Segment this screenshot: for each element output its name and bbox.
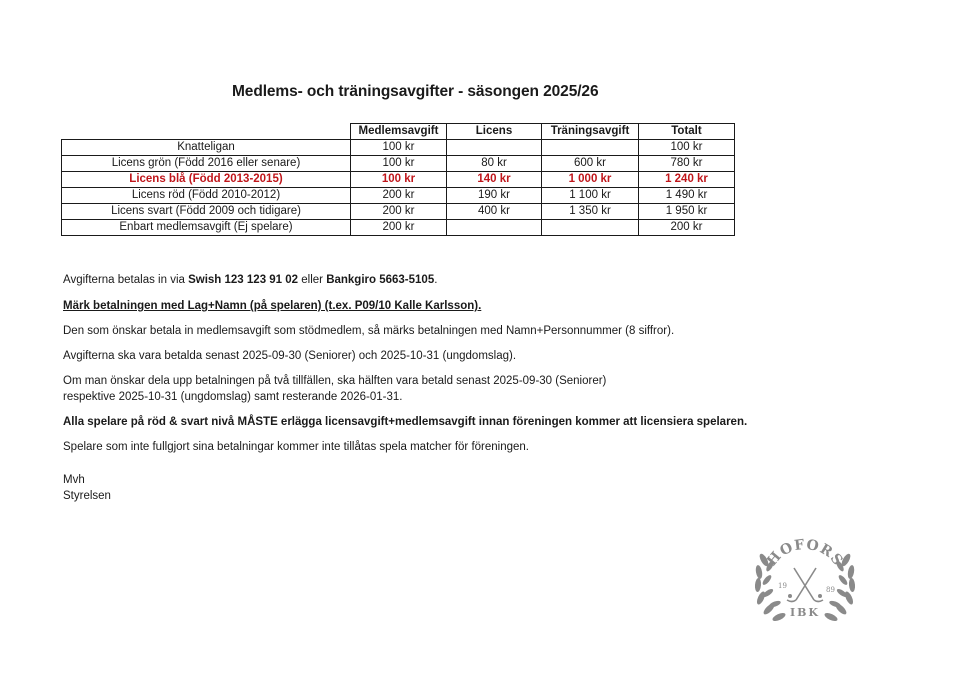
payment-middle: eller [298, 274, 326, 286]
totalt-cell: 1 950 kr [639, 204, 735, 220]
payment-info: Avgifterna betalas in via Swish 123 123 … [63, 272, 437, 288]
svg-text:89: 89 [826, 586, 835, 594]
category-cell: Knatteligan [62, 140, 351, 156]
header-medlemsavgift: Medlemsavgift [351, 124, 447, 140]
medlemsavgift-cell: 200 kr [351, 220, 447, 236]
traningsavgift-cell: 1 000 kr [542, 172, 639, 188]
licens-cell: 400 kr [447, 204, 542, 220]
totalt-cell: 200 kr [639, 220, 735, 236]
payment-suffix: . [434, 274, 437, 286]
category-cell: Licens grön (Född 2016 eller senare) [62, 156, 351, 172]
licens-cell [447, 220, 542, 236]
table-row: Knatteligan100 kr100 kr [62, 140, 735, 156]
medlemsavgift-cell: 200 kr [351, 204, 447, 220]
split-payment-line2: respektive 2025-10-31 (ungdomslag) samt … [63, 389, 402, 405]
totalt-cell: 1 490 kr [639, 188, 735, 204]
svg-text:IBK: IBK [790, 606, 820, 619]
header-traningsavgift: Träningsavgift [542, 124, 639, 140]
match-eligibility-info: Spelare som inte fullgjort sina betalnin… [63, 439, 529, 455]
totalt-cell: 780 kr [639, 156, 735, 172]
licens-cell: 190 kr [447, 188, 542, 204]
traningsavgift-cell: 1 350 kr [542, 204, 639, 220]
medlemsavgift-cell: 100 kr [351, 172, 447, 188]
traningsavgift-cell: 600 kr [542, 156, 639, 172]
marking-instruction: Märk betalningen med Lag+Namn (på spelar… [63, 298, 481, 314]
traningsavgift-cell: 1 100 kr [542, 188, 639, 204]
swish-number: Swish 123 123 91 02 [188, 274, 298, 286]
table-row: Licens svart (Född 2009 och tidigare)200… [62, 204, 735, 220]
header-empty [62, 124, 351, 140]
header-totalt: Totalt [639, 124, 735, 140]
traningsavgift-cell [542, 220, 639, 236]
svg-text:19: 19 [778, 582, 787, 590]
licens-cell: 80 kr [447, 156, 542, 172]
category-cell: Licens blå (Född 2013-2015) [62, 172, 351, 188]
split-payment-line1: Om man önskar dela upp betalningen på tv… [63, 373, 606, 389]
table-row: Enbart medlemsavgift (Ej spelare)200 kr2… [62, 220, 735, 236]
table-row: Licens grön (Född 2016 eller senare)100 … [62, 156, 735, 172]
licens-cell: 140 kr [447, 172, 542, 188]
header-licens: Licens [447, 124, 542, 140]
category-cell: Licens svart (Född 2009 och tidigare) [62, 204, 351, 220]
table-row: Licens blå (Född 2013-2015)100 kr140 kr1… [62, 172, 735, 188]
club-logo-icon: HOFORS 19 89 IBK [750, 530, 860, 630]
license-requirement: Alla spelare på röd & svart nivå MÅSTE e… [63, 414, 747, 430]
fee-table-header: Medlemsavgift Licens Träningsavgift Tota… [62, 124, 735, 140]
medlemsavgift-cell: 100 kr [351, 156, 447, 172]
greeting: Mvh [63, 472, 85, 488]
bankgiro-number: Bankgiro 5663-5105 [326, 274, 434, 286]
totalt-cell: 100 kr [639, 140, 735, 156]
deadline-info: Avgifterna ska vara betalda senast 2025-… [63, 348, 516, 364]
svg-text:HOFORS: HOFORS [764, 537, 846, 569]
totalt-cell: 1 240 kr [639, 172, 735, 188]
support-member-info: Den som önskar betala in medlemsavgift s… [63, 323, 674, 339]
category-cell: Licens röd (Född 2010-2012) [62, 188, 351, 204]
page-title: Medlems- och träningsavgifter - säsongen… [232, 83, 598, 101]
licens-cell [447, 140, 542, 156]
medlemsavgift-cell: 100 kr [351, 140, 447, 156]
signature-sender: Styrelsen [63, 488, 111, 504]
category-cell: Enbart medlemsavgift (Ej spelare) [62, 220, 351, 236]
payment-prefix: Avgifterna betalas in via [63, 274, 188, 286]
fee-table: Medlemsavgift Licens Träningsavgift Tota… [61, 123, 735, 236]
medlemsavgift-cell: 200 kr [351, 188, 447, 204]
table-row: Licens röd (Född 2010-2012)200 kr190 kr1… [62, 188, 735, 204]
traningsavgift-cell [542, 140, 639, 156]
